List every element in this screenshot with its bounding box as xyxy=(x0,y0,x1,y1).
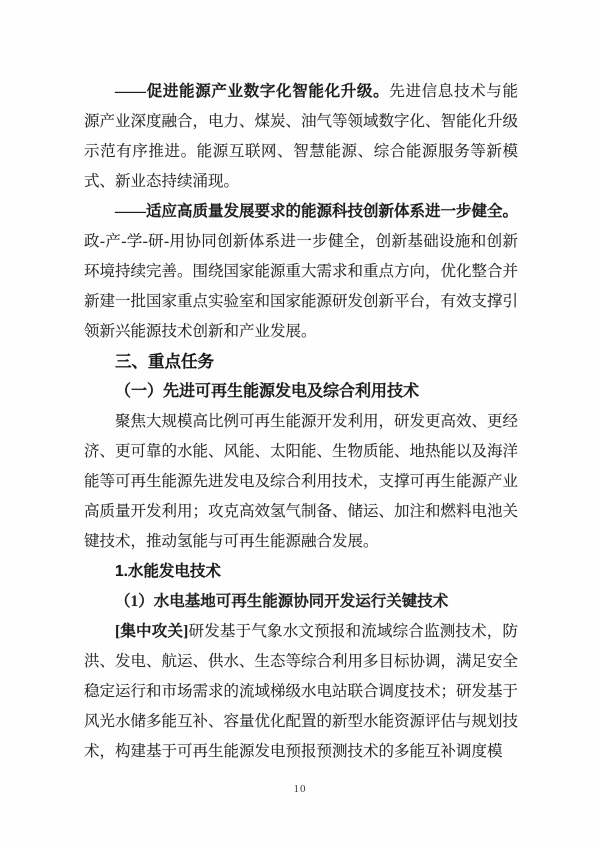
document-page: ——促进能源产业数字化智能化升级。先进信息技术与能源产业深度融合，电力、煤炭、油… xyxy=(0,0,600,848)
section-heading-key-tasks: 三、重点任务 xyxy=(84,347,518,377)
paragraph-bold-lead: ——促进能源产业数字化智能化升级。 xyxy=(115,83,389,100)
paragraph-bold-lead: ——适应高质量发展要求的能源科技创新体系进一步健全。 xyxy=(115,203,518,220)
page-content: ——促进能源产业数字化智能化升级。先进信息技术与能源产业深度融合，电力、煤炭、油… xyxy=(84,77,518,767)
paragraph-renewable-overview: 聚焦大规模高比例可再生能源开发利用，研发更高效、更经济、更可靠的水能、风能、太阳… xyxy=(84,407,518,557)
paragraph-body-text: 政-产-学-研-用协同创新体系进一步健全，创新基础设施和创新环境持续完善。围绕国… xyxy=(84,233,518,340)
page-number: 10 xyxy=(0,783,600,795)
paragraph-innovation-system: ——适应高质量发展要求的能源科技创新体系进一步健全。政-产-学-研-用协同创新体… xyxy=(84,197,518,347)
subsection-heading-renewable-energy: （一）先进可再生能源发电及综合利用技术 xyxy=(84,377,518,407)
heading-hydropower-base-item: （1）水电基地可再生能源协同开发运行关键技术 xyxy=(84,587,518,617)
heading-hydropower-technology: 1.水能发电技术 xyxy=(84,557,518,587)
paragraph-key-research: [集中攻关]研发基于气象水文预报和流域综合监测技术，防洪、发电、航运、供水、生态… xyxy=(84,617,518,767)
paragraph-bold-lead: [集中攻关] xyxy=(115,623,188,640)
paragraph-digitalization: ——促进能源产业数字化智能化升级。先进信息技术与能源产业深度融合，电力、煤炭、油… xyxy=(84,77,518,197)
paragraph-body-text: 研发基于气象水文预报和流域综合监测技术，防洪、发电、航运、供水、生态等综合利用多… xyxy=(84,623,518,760)
